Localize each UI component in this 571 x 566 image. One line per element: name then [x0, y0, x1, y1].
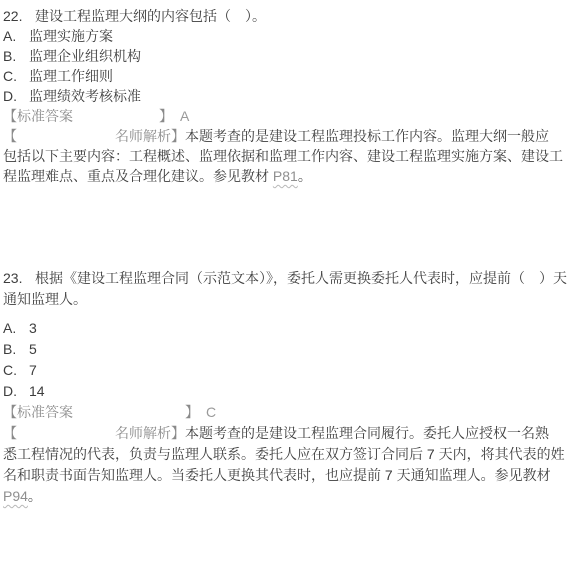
exam-page: 22.建设工程监理大纲的内容包括（ ）。 A.监理实施方案 B.监理企业组织机构…	[0, 0, 571, 566]
option-label: B.	[3, 339, 29, 360]
option-text: 监理实施方案	[29, 28, 113, 44]
option-text: 5	[29, 341, 37, 357]
question-stem-continued: 通知监理人。	[3, 289, 568, 310]
analysis-line: 【名师解析】本题考查的是建设工程监理投标工作内容。监理大纲一般应	[3, 126, 568, 146]
question-stem-text: 建设工程监理大纲的内容包括（ ）。	[35, 8, 266, 24]
option-text: 监理企业组织机构	[29, 48, 141, 64]
question-number: 23.	[3, 268, 35, 289]
analysis-text: 包括以下主要内容：工程概述、监理依据和监理工作内容、建设工程监理实施方案、建设工	[3, 148, 563, 164]
spacer	[73, 120, 159, 121]
question-stem: 23.根据《建设工程监理合同（示范文本）》，委托人需更换委托人代表时，应提前（ …	[3, 268, 568, 289]
question-block-23: 23.根据《建设工程监理合同（示范文本）》，委托人需更换委托人代表时，应提前（ …	[3, 268, 568, 507]
analysis-text-tail: 。	[28, 488, 42, 504]
answer-bracket: 】	[159, 108, 173, 124]
analysis-line: 程监理难点、重点及合理化建议。参见教材 P81。	[3, 166, 568, 186]
analysis-line: 悉工程情况的代表，负责与监理人联系。委托人应在双方签订合同后 7 天内，将其代表…	[3, 444, 568, 465]
option-label: A.	[3, 26, 29, 46]
analysis-line: 名和职责书面告知监理人。当委托人更换其代表时，也应提前 7 天通知监理人。参见教…	[3, 465, 568, 486]
option-label: D.	[3, 381, 29, 402]
spacer	[73, 416, 185, 417]
analysis-label: 名师解析】	[115, 425, 185, 441]
question-stem-text: 通知监理人。	[3, 291, 87, 307]
spacer	[17, 437, 115, 438]
textbook-page-ref: P81	[273, 168, 298, 184]
option-label: C.	[3, 66, 29, 86]
question-stem-text: 根据《建设工程监理合同（示范文本）》，委托人需更换委托人代表时，应提前（ ）天	[35, 270, 567, 286]
option-text: 14	[29, 383, 45, 399]
standard-answer-label: 【标准答案	[3, 404, 73, 420]
analysis-bracket-open: 【	[3, 425, 17, 441]
question-stem: 22.建设工程监理大纲的内容包括（ ）。	[3, 6, 568, 26]
option-row: C.7	[3, 360, 568, 381]
question-block-22: 22.建设工程监理大纲的内容包括（ ）。 A.监理实施方案 B.监理企业组织机构…	[3, 6, 568, 186]
standard-answer-line: 【标准答案】A	[3, 106, 568, 126]
option-label: D.	[3, 86, 29, 106]
analysis-text-tail: 。	[298, 168, 312, 184]
analysis-line: 【名师解析】本题考查的是建设工程监理合同履行。委托人应授权一名熟	[3, 423, 568, 444]
analysis-label: 名师解析】	[115, 128, 185, 144]
option-row: B.5	[3, 339, 568, 360]
option-label: A.	[3, 318, 29, 339]
analysis-text: 程监理难点、重点及合理化建议。参见教材	[3, 168, 273, 184]
standard-answer-label: 【标准答案	[3, 108, 73, 124]
option-row: B.监理企业组织机构	[3, 46, 568, 66]
standard-answer-line: 【标准答案】C	[3, 402, 568, 423]
analysis-text: 名和职责书面告知监理人。当委托人更换其代表时，也应提前 7 天通知监理人。参见教…	[3, 467, 551, 483]
analysis-line: P94。	[3, 486, 568, 507]
analysis-text: 本题考查的是建设工程监理合同履行。委托人应授权一名熟	[185, 425, 549, 441]
textbook-page-ref: P94	[3, 488, 28, 504]
standard-answer-value: A	[180, 108, 189, 124]
analysis-text: 悉工程情况的代表，负责与监理人联系。委托人应在双方签订合同后 7 天内，将其代表…	[3, 446, 565, 462]
option-text: 3	[29, 320, 37, 336]
option-text: 7	[29, 362, 37, 378]
option-row: D.14	[3, 381, 568, 402]
option-row: A.监理实施方案	[3, 26, 568, 46]
option-label: B.	[3, 46, 29, 66]
analysis-text: 本题考查的是建设工程监理投标工作内容。监理大纲一般应	[185, 128, 549, 144]
standard-answer-value: C	[206, 404, 216, 420]
answer-bracket: 】	[185, 404, 199, 420]
option-label: C.	[3, 360, 29, 381]
spacer	[17, 140, 115, 141]
option-text: 监理绩效考核标准	[29, 88, 141, 104]
option-row: C.监理工作细则	[3, 66, 568, 86]
option-text: 监理工作细则	[29, 68, 113, 84]
question-number: 22.	[3, 6, 35, 26]
analysis-line: 包括以下主要内容：工程概述、监理依据和监理工作内容、建设工程监理实施方案、建设工	[3, 146, 568, 166]
option-row: D.监理绩效考核标准	[3, 86, 568, 106]
option-row: A.3	[3, 318, 568, 339]
analysis-bracket-open: 【	[3, 128, 17, 144]
